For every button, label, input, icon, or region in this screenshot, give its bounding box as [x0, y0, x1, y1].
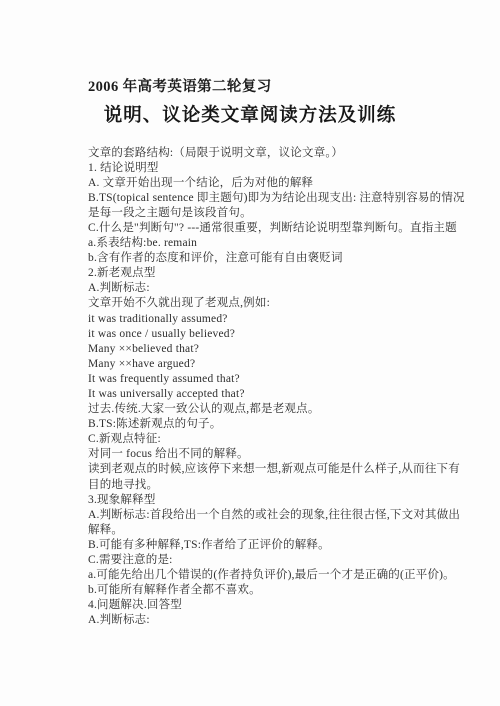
body-line: C.什么是"判断句"? ---通常很重要，判断结论说明型靠判断句。直指主题	[88, 221, 448, 236]
body-line: Many ××have argued?	[88, 357, 448, 372]
body-line: 4.问题解决.回答型	[88, 598, 448, 613]
body-line: 2.新老观点型	[88, 266, 448, 281]
body-line: 解释。	[88, 523, 448, 538]
body-line: 文章的套路结构:（局限于说明文章，议论文章。）	[88, 146, 448, 161]
body-line: 3.现象解释型	[88, 493, 448, 508]
body-line: 过去.传统.大家一致公认的观点,都是老观点。	[88, 402, 448, 417]
doc-body: 文章的套路结构:（局限于说明文章，议论文章。） 1. 结论说明型 A. 文章开始…	[88, 146, 448, 629]
body-line: C.需要注意的是:	[88, 553, 448, 568]
body-line: A.判断标志:	[88, 281, 448, 296]
doc-subtitle: 说明、议论类文章阅读方法及训练	[0, 101, 500, 127]
body-line: 文章开始不久就出现了老观点,例如:	[88, 296, 448, 311]
document-page: 2006 年高考英语第二轮复习 说明、议论类文章阅读方法及训练 文章的套路结构:…	[0, 0, 500, 706]
body-line: b.含有作者的态度和评价，注意可能有自由褒贬词	[88, 251, 448, 266]
body-line: Many ××believed that?	[88, 342, 448, 357]
body-line: It was universally accepted that?	[88, 387, 448, 402]
body-line: b.可能所有解释作者全都不喜欢。	[88, 583, 448, 598]
body-line: 是每一段之主题句是该段首句。	[88, 206, 448, 221]
body-line: 读到老观点的时候,应该停下来想一想,新观点可能是什么样子,从而往下有	[88, 462, 448, 477]
body-line: A.判断标志:首段给出一个自然的或社会的现象,往往很古怪,下文对其做出	[88, 508, 448, 523]
body-line: 对同一 focus 给出不同的解释。	[88, 447, 448, 462]
body-line: it was once / usually believed?	[88, 327, 448, 342]
body-line: C.新观点特征:	[88, 432, 448, 447]
body-line: a.系表结构:be. remain	[88, 236, 448, 251]
body-line: a.可能先给出几个错误的(作者持负评价),最后一个才是正确的(正平价)。	[88, 568, 448, 583]
body-line: B.TS:陈述新观点的句子。	[88, 417, 448, 432]
body-line: it was traditionally assumed?	[88, 312, 448, 327]
doc-title: 2006 年高考英语第二轮复习	[88, 75, 272, 96]
body-line: 目的地寻找。	[88, 478, 448, 493]
body-line: B.可能有多种解释,TS:作者给了正评价的解释。	[88, 538, 448, 553]
body-line: It was frequently assumed that?	[88, 372, 448, 387]
body-line: B.TS(topical sentence 即主题句)即为为结论出现支出: 注意…	[88, 191, 448, 206]
body-line: 1. 结论说明型	[88, 161, 448, 176]
body-line: A. 文章开始出现一个结论，后为对他的解释	[88, 176, 448, 191]
body-line: A.判断标志:	[88, 613, 448, 628]
